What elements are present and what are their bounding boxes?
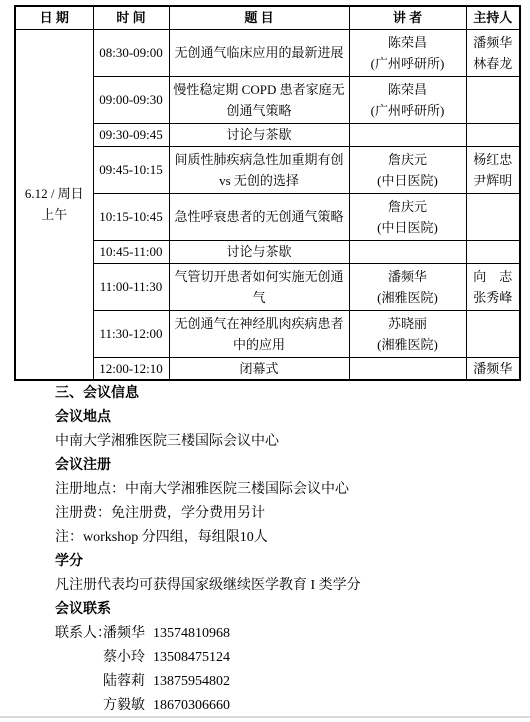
chair-name: 向 志 — [469, 266, 518, 287]
time-cell: 08:30-09:00 — [93, 29, 169, 76]
speaker-cell: 詹庆元 (中日医院) — [349, 193, 466, 240]
speaker-affiliation: (中日医院) — [352, 170, 464, 191]
chair-cell — [466, 310, 520, 357]
chair-name: 张秀峰 — [469, 287, 518, 308]
speaker-affiliation: (中日医院) — [352, 217, 464, 238]
registration-fee: 注册费：免注册费，学分费用另计 — [0, 502, 530, 526]
topic-cell: 间质性肺疾病急性加重期有创 vs 无创的选择 — [169, 146, 349, 193]
speaker-cell — [349, 357, 466, 380]
col-header-time: 时 间 — [93, 6, 169, 29]
topic-line: vs 无创的选择 — [172, 170, 347, 191]
conference-info-section: 三、会议信息 会议地点 中南大学湘雅医院三楼国际会议中心 会议注册 注册地点：中… — [0, 382, 530, 718]
speaker-cell — [349, 123, 466, 146]
time-cell: 09:00-09:30 — [93, 76, 169, 123]
chair-name: 林春龙 — [469, 53, 518, 74]
contact-phone: 18670306660 — [153, 698, 230, 713]
col-header-date: 日 期 — [15, 6, 93, 29]
contact-name: 潘频华 — [103, 622, 145, 646]
contact-phone: 13875954802 — [153, 674, 230, 689]
contact-name: 方毅敏 — [103, 694, 145, 718]
chair-cell — [466, 123, 520, 146]
topic-cell: 气管切开患者如何实施无创通气 — [169, 263, 349, 310]
col-header-chair: 主持人 — [466, 6, 520, 29]
speaker-name: 詹庆元 — [352, 149, 464, 170]
speaker-cell: 詹庆元 (中日医院) — [349, 146, 466, 193]
topic-cell: 讨论与茶歇 — [169, 240, 349, 263]
chair-cell: 潘频华 林春龙 — [466, 29, 520, 76]
registration-location: 注册地点：中南大学湘雅医院三楼国际会议中心 — [0, 478, 530, 502]
topic-line: 间质性肺疾病急性加重期有创 — [172, 149, 347, 170]
speaker-affiliation: (湘雅医院) — [352, 334, 464, 355]
contact-heading: 会议联系 — [0, 598, 530, 622]
date-line-1: 6.12 / 周日 — [18, 183, 91, 204]
contact-person-line: 联系人：潘频华13574810968 — [0, 622, 530, 646]
speaker-name: 潘频华 — [352, 266, 464, 287]
table-header-row: 日 期 时 间 题 目 讲 者 主持人 — [15, 6, 520, 29]
time-cell: 09:45-10:15 — [93, 146, 169, 193]
contact-person-line: 陆蓉莉13875954802 — [0, 670, 530, 694]
time-cell: 12:00-12:10 — [93, 357, 169, 380]
registration-note: 注：workshop 分四组，每组限10人 — [0, 526, 530, 550]
credit-heading: 学分 — [0, 550, 530, 574]
topic-cell: 无创通气在神经肌肉疾病患者 中的应用 — [169, 310, 349, 357]
topic-line: 慢性稳定期 COPD 患者家庭无 — [172, 79, 347, 100]
speaker-name: 苏晓丽 — [352, 313, 464, 334]
credit-text: 凡注册代表均可获得国家级继续医学教育 I 类学分 — [0, 574, 530, 598]
page-bottom-divider — [0, 716, 530, 718]
time-cell: 10:15-10:45 — [93, 193, 169, 240]
speaker-cell: 陈荣昌 (广州呼研所) — [349, 29, 466, 76]
chair-cell: 向 志 张秀峰 — [466, 263, 520, 310]
speaker-cell: 苏晓丽 (湘雅医院) — [349, 310, 466, 357]
contact-name: 陆蓉莉 — [103, 670, 145, 694]
topic-line: 无创通气临床应用的最新进展 — [172, 42, 347, 63]
topic-cell: 慢性稳定期 COPD 患者家庭无 创通气策略 — [169, 76, 349, 123]
date-cell: 6.12 / 周日 上午 — [15, 29, 93, 380]
conference-schedule-table: 日 期 时 间 题 目 讲 者 主持人 6.12 / 周日 上午 08:30-0… — [14, 5, 521, 381]
time-cell: 09:30-09:45 — [93, 123, 169, 146]
chair-cell — [466, 193, 520, 240]
venue-text: 中南大学湘雅医院三楼国际会议中心 — [0, 430, 530, 454]
topic-line: 无创通气在神经肌肉疾病患者 — [172, 313, 347, 334]
speaker-affiliation: (广州呼研所) — [352, 53, 464, 74]
speaker-cell — [349, 240, 466, 263]
conference-program-page: 日 期 时 间 题 目 讲 者 主持人 6.12 / 周日 上午 08:30-0… — [0, 0, 530, 722]
topic-cell: 急性呼衰患者的无创通气策略 — [169, 193, 349, 240]
topic-line: 中的应用 — [172, 334, 347, 355]
col-header-topic: 题 目 — [169, 6, 349, 29]
contact-name: 蔡小玲 — [103, 646, 145, 670]
chair-cell: 杨红忠 尹辉明 — [466, 146, 520, 193]
speaker-affiliation: (湘雅医院) — [352, 287, 464, 308]
speaker-cell: 陈荣昌 (广州呼研所) — [349, 76, 466, 123]
topic-line: 创通气策略 — [172, 100, 347, 121]
speaker-cell: 潘频华 (湘雅医院) — [349, 263, 466, 310]
info-section-title: 三、会议信息 — [0, 382, 530, 406]
venue-heading: 会议地点 — [0, 406, 530, 430]
chair-name: 潘频华 — [469, 32, 518, 53]
speaker-affiliation: (广州呼研所) — [352, 100, 464, 121]
chair-name: 尹辉明 — [469, 170, 518, 191]
topic-cell: 闭幕式 — [169, 357, 349, 380]
chair-name: 杨红忠 — [469, 149, 518, 170]
time-cell: 11:00-11:30 — [93, 263, 169, 310]
chair-cell — [466, 76, 520, 123]
contact-phone: 13574810968 — [153, 626, 230, 641]
date-line-2: 上午 — [18, 204, 91, 225]
col-header-speaker: 讲 者 — [349, 6, 466, 29]
time-cell: 11:30-12:00 — [93, 310, 169, 357]
topic-cell: 无创通气临床应用的最新进展 — [169, 29, 349, 76]
contact-label: 联系人： — [55, 622, 103, 646]
speaker-name: 陈荣昌 — [352, 32, 464, 53]
registration-heading: 会议注册 — [0, 454, 530, 478]
contact-person-line: 蔡小玲13508475124 — [0, 646, 530, 670]
speaker-name: 詹庆元 — [352, 196, 464, 217]
time-cell: 10:45-11:00 — [93, 240, 169, 263]
speaker-name: 陈荣昌 — [352, 79, 464, 100]
contact-phone: 13508475124 — [153, 650, 230, 665]
topic-cell: 讨论与茶歇 — [169, 123, 349, 146]
chair-cell: 潘频华 — [466, 357, 520, 380]
session-row-1: 6.12 / 周日 上午 08:30-09:00 无创通气临床应用的最新进展 陈… — [15, 29, 520, 76]
contact-person-line: 方毅敏18670306660 — [0, 694, 530, 718]
chair-cell — [466, 240, 520, 263]
